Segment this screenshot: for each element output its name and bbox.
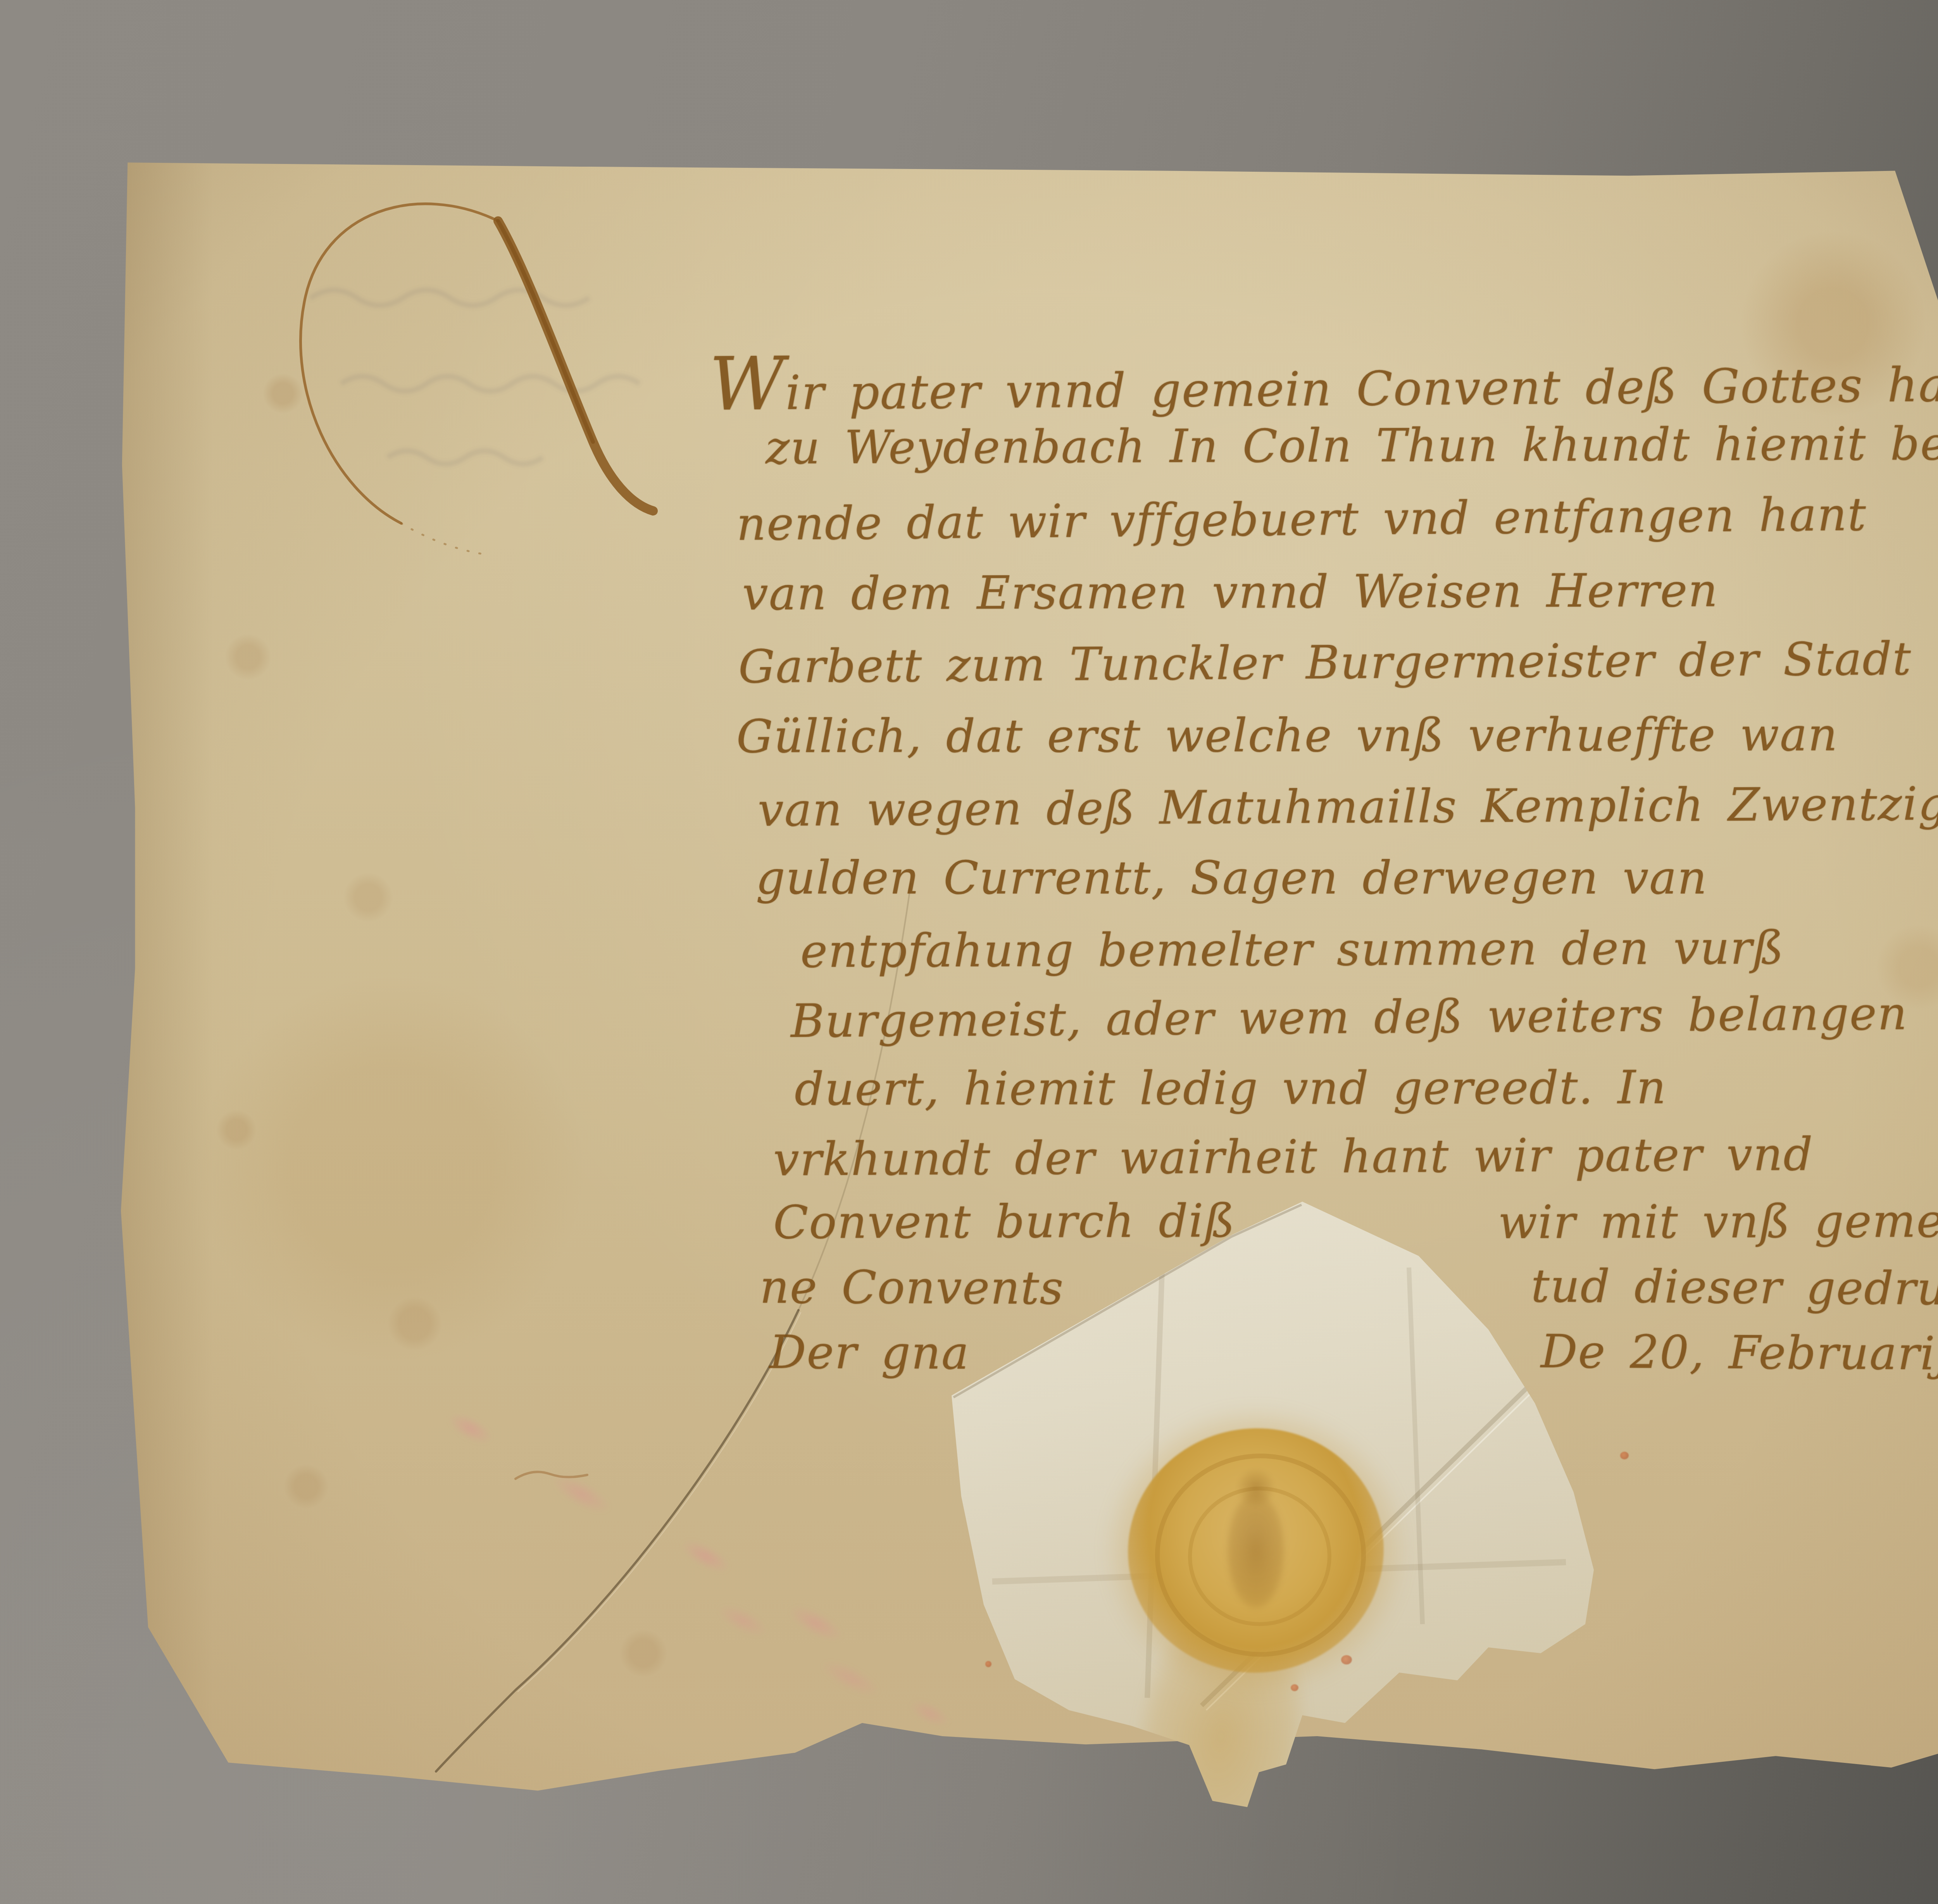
- text-line-15-left: Der gna: [769, 1329, 970, 1376]
- wax-fleck: [1341, 1655, 1352, 1664]
- text-line-13-right: wir mit vnß gemein: [1498, 1198, 1938, 1245]
- text-line-10: Burgemeist, ader wem deß weiters belange…: [791, 990, 1908, 1044]
- text-line-5: Garbett zum Tunckler Burgermeister der S…: [738, 635, 1912, 689]
- text-line-3: nende dat wir vffgebuert vnd entfangen h…: [736, 491, 1867, 547]
- text-line-1: Wir pater vnnd gemein Convent deß Gottes…: [709, 338, 1938, 421]
- text-line-7: van wegen deß Matuhmaills Kemplich Zwent…: [758, 781, 1938, 833]
- photo-background: Wir pater vnnd gemein Convent deß Gottes…: [0, 0, 1938, 1904]
- manuscript-text: Wir pater vnnd gemein Convent deß Gottes…: [0, 0, 1938, 1904]
- text-line-8: gulden Currentt, Sagen derwegen van: [756, 855, 1708, 900]
- text-line-12: vrkhundt der wairheit hant wir pater vnd: [773, 1131, 1814, 1182]
- text-line-6: Güllich, dat erst welche vnß verhueffte …: [736, 712, 1838, 759]
- text-line-13-left: Convent burch diß: [773, 1198, 1236, 1245]
- wax-fleck: [1620, 1452, 1629, 1459]
- text-line-15-right: De 20, Februarij: [1541, 1328, 1938, 1376]
- text-line-14-right: tud dieser gedruckt: [1531, 1263, 1938, 1312]
- text-line-4: van dem Ersamen vnnd Weisen Herren: [742, 567, 1719, 617]
- text-line-9: entpfahung bemelter summen den vurß: [800, 925, 1785, 974]
- text-line-14-left: ne Convents: [760, 1264, 1064, 1311]
- text-line-2: zu Weydenbach In Coln Thun khundt hiemit…: [766, 420, 1938, 470]
- seal-figure: [1227, 1492, 1285, 1609]
- wax-fleck: [1291, 1684, 1298, 1691]
- wax-fleck: [985, 1661, 991, 1667]
- text-line-11: duert, hiemit ledig vnd gereedt. In: [795, 1064, 1667, 1112]
